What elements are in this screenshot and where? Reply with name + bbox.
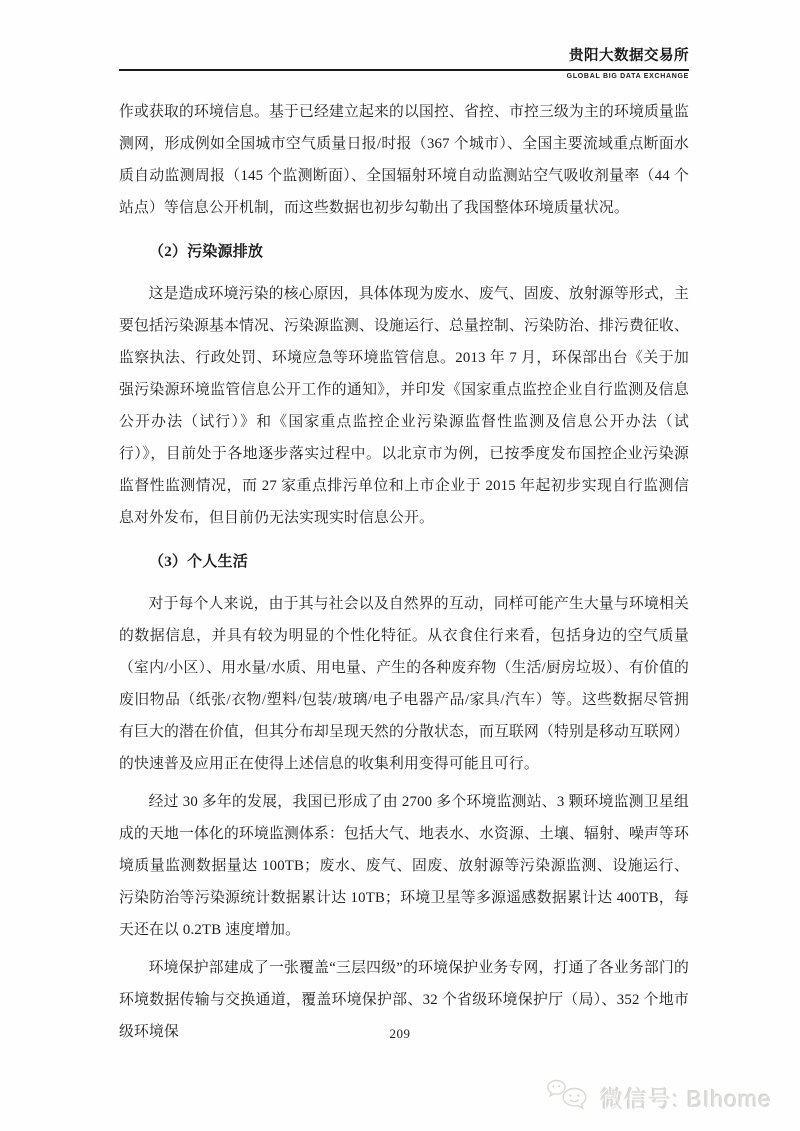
logo-chinese-title: 贵阳大数据交易所	[119, 46, 689, 66]
paragraph-monitoring-system: 经过 30 多年的发展，我国已形成了由 2700 多个环境监测站、3 颗环境监测…	[119, 786, 689, 946]
wechat-watermark: 微信号: BIhome	[546, 1078, 772, 1116]
page-number: 209	[0, 1026, 800, 1042]
wechat-icon	[546, 1078, 592, 1116]
paragraph-continuation-env-info: 作或获取的环境信息。基于已经建立起来的以国控、省控、市控三级为主的环境质量监测网…	[119, 96, 689, 224]
section-heading-personal-life: （3）个人生活	[119, 546, 689, 578]
document-page: 贵阳大数据交易所 GLOBAL BIG DATA EXCHANGE 作或获取的环…	[0, 0, 800, 1131]
paragraph-pollution-sources: 这是造成环境污染的核心原因，具体体现为废水、废气、固废、放射源等形式，主要包括污…	[119, 278, 689, 534]
paragraph-personal-life: 对于每个人来说，由于其与社会以及自然界的互动，同样可能产生大量与环境相关的数据信…	[119, 588, 689, 780]
header-rule	[119, 69, 689, 71]
wechat-id-label: 微信号: BIhome	[600, 1081, 772, 1114]
section-heading-pollution-sources: （2）污染源排放	[119, 236, 689, 268]
document-body: 作或获取的环境信息。基于已经建立起来的以国控、省控、市控三级为主的环境质量监测网…	[119, 96, 689, 1054]
page-header: 贵阳大数据交易所 GLOBAL BIG DATA EXCHANGE	[119, 46, 689, 80]
logo-english-tagline: GLOBAL BIG DATA EXCHANGE	[119, 73, 689, 80]
